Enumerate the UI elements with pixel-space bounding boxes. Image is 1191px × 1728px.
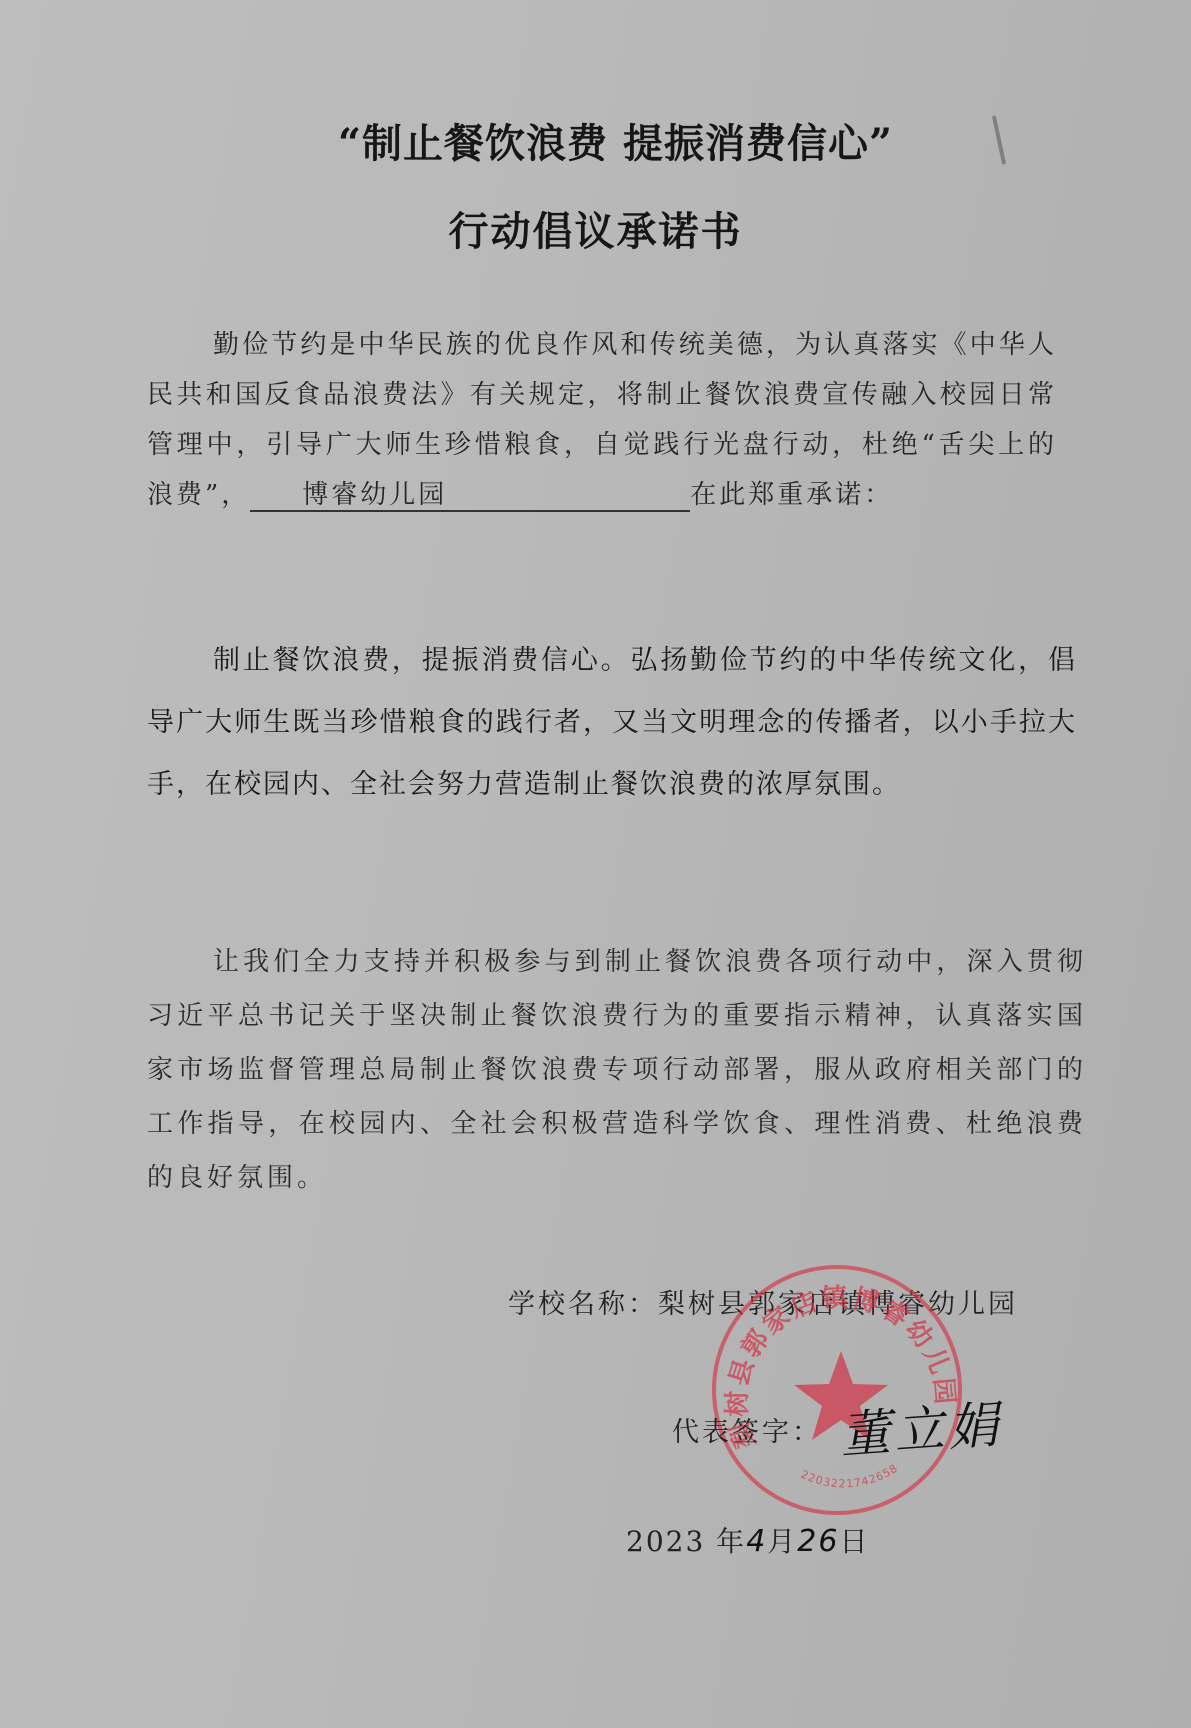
school-name-row: 学校名称：梨树县郭家店镇博睿幼儿园 [508,1282,1018,1321]
date-month-suffix: 月 [767,1525,797,1558]
date-day-suffix: 日 [839,1525,869,1558]
commitment-paragraph: 制止餐饮浪费，提振消费信心。弘扬勤俭节约的中华传统文化，倡导广大师生既当珍惜粮食… [147,630,1077,816]
intro-text-end: 在此郑重承诺： [690,480,893,510]
date-day: 26 [797,1524,839,1559]
signature-label: 代表签字： [672,1417,822,1448]
date-month: 4 [746,1524,767,1559]
document-subtitle: 行动倡议承诺书 [0,200,1191,257]
paper-smudge-mark [955,115,1055,175]
action-paragraph: 让我们全力支持并积极参与到制止餐饮浪费各项行动中，深入贯彻习近平总书记关于坚决制… [147,935,1087,1205]
document-page: “制止餐饮浪费 提振消费信心” 行动倡议承诺书 勤俭节约是中华民族的优良作风和传… [0,0,1191,1728]
school-name: 梨树县郭家店镇博睿幼儿园 [658,1289,1018,1320]
date-year: 2023 [626,1525,705,1558]
intro-paragraph: 勤俭节约是中华民族的优良作风和传统美德，为认真落实《中华人民共和国反食品浪费法》… [147,320,1057,520]
school-label: 学校名称： [508,1289,658,1320]
date-year-suffix: 年 [716,1525,746,1558]
date-row: 2023 年4月26日 [626,1520,870,1560]
handwritten-signature: 董立娟 [838,1384,1005,1467]
signature-row: 代表签字： [672,1410,822,1449]
fill-in-blank-institution: 博睿幼儿园 [250,480,690,512]
